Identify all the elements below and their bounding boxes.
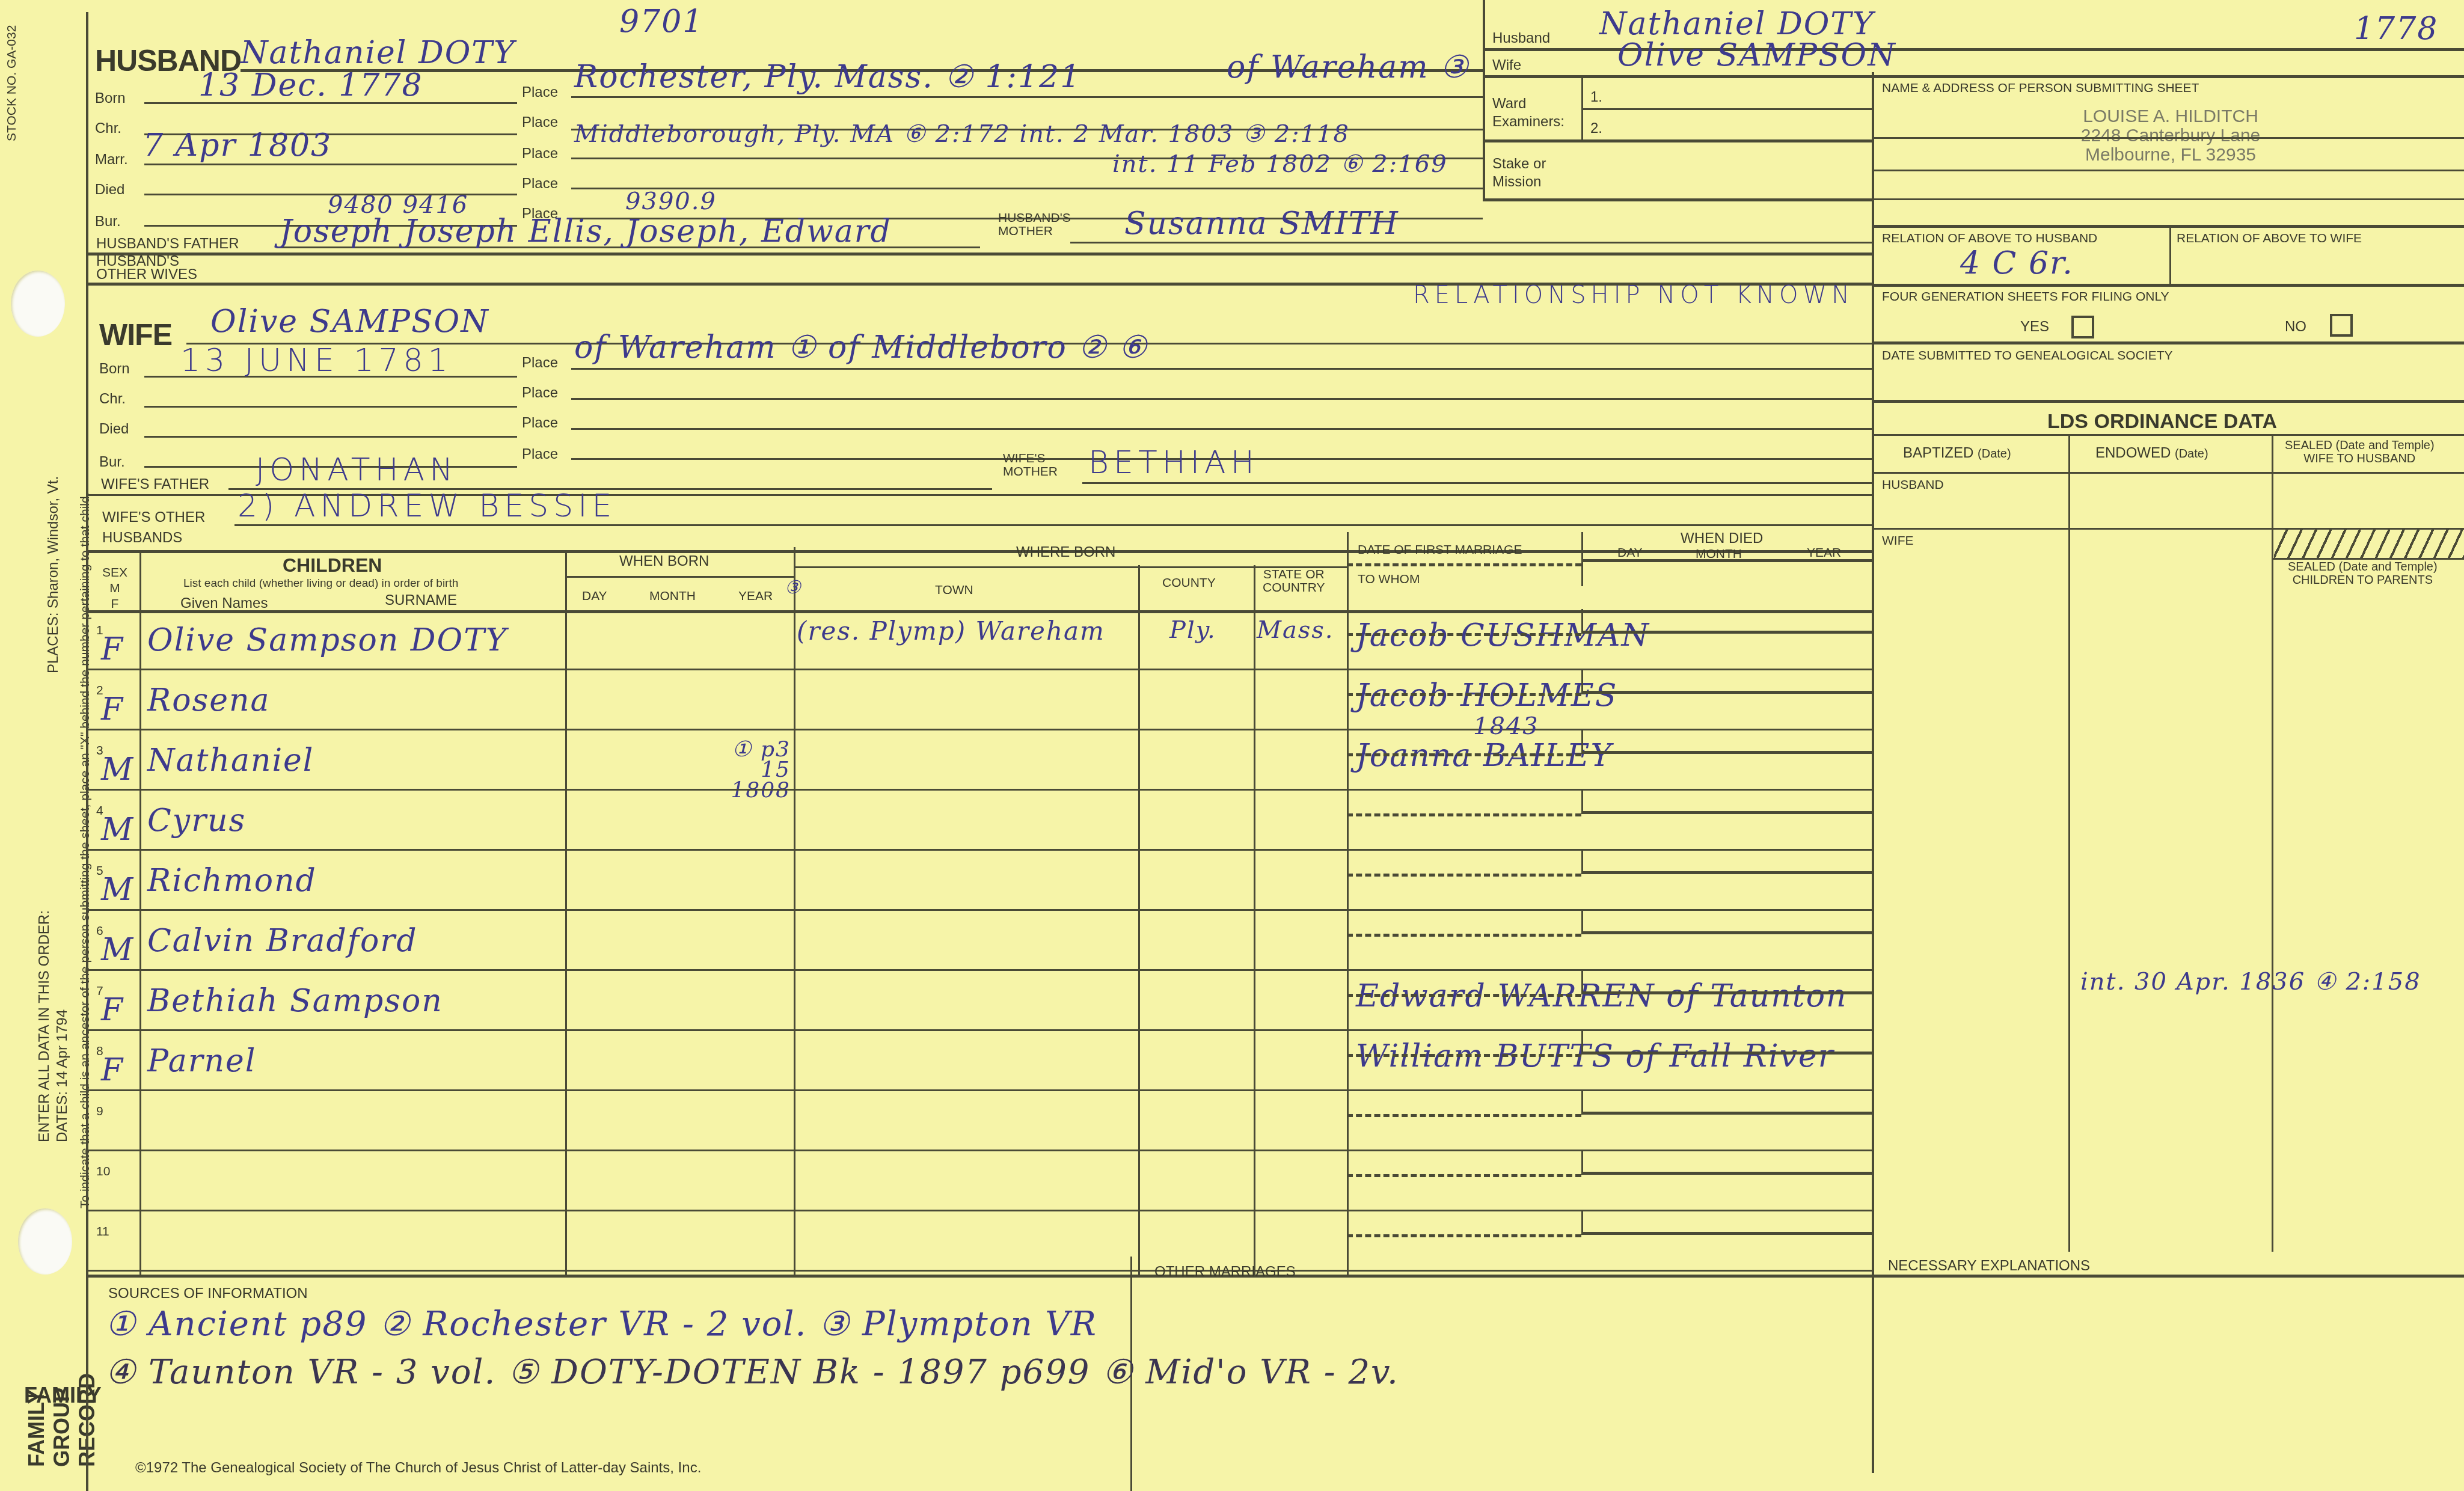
label-line: WIFE'S [1003, 452, 1058, 465]
label-relation-wife: RELATION OF ABOVE TO WIFE [2177, 231, 2362, 246]
lds-row-husband: HUSBAND [1882, 478, 1944, 492]
header-day: DAY [582, 589, 607, 604]
label-place: Place [522, 114, 558, 131]
label-place: Place [522, 355, 558, 372]
child-sex[interactable]: M [101, 752, 134, 788]
rule [1872, 472, 2464, 474]
rule [144, 436, 517, 438]
child-sex[interactable]: F [101, 691, 124, 727]
rule [1082, 482, 1872, 484]
rule [1254, 565, 1255, 1278]
rule [1581, 970, 1583, 994]
rule [1581, 789, 1583, 813]
frame-right-panel [1872, 72, 1874, 1473]
rule [86, 729, 1872, 730]
no-checkbox[interactable] [2330, 314, 2353, 337]
child-row-number: 10 [96, 1165, 110, 1179]
relation-husband-value: 4 C 6r. [1960, 245, 2074, 281]
rule [1483, 139, 1872, 142]
stock-number: STOCK NO. GA-032 [5, 25, 19, 141]
header-month: MONTH [649, 589, 696, 604]
husband-mother-ref: 9390.9 [625, 188, 717, 215]
label-line: SEX [102, 565, 127, 581]
copyright: ©1972 The Genealogical Society of The Ch… [135, 1460, 701, 1477]
label-line: SEALED (Date and Temple) [2288, 560, 2438, 574]
endowed-label: ENDOWED [2095, 445, 2171, 461]
label-yes: YES [2020, 319, 2049, 335]
hatched-area [2274, 529, 2464, 558]
header-children-note: List each child (whether living or dead)… [183, 577, 458, 590]
label-chr: Chr. [95, 120, 121, 137]
rule [1581, 910, 1583, 934]
punch-hole-bottom [18, 1208, 72, 1275]
header-where-born: WHERE BORN [1016, 544, 1115, 561]
lds-sealed-wife-husband-header: SEALED (Date and Temple) WIFE TO HUSBAND [2285, 439, 2435, 465]
label-four-generation: FOUR GENERATION SHEETS FOR FILING ONLY [1882, 290, 2169, 304]
child-name[interactable]: Olive Sampson DOTY [147, 622, 507, 658]
rule [1581, 751, 1872, 754]
lds-title: LDS ORDINANCE DATA [2047, 410, 2277, 433]
label-wifes-father: WIFE'S FATHER [101, 476, 209, 493]
rule [86, 1029, 1872, 1031]
rule [1581, 1112, 1872, 1115]
child-birth-county[interactable]: Ply. [1169, 616, 1216, 644]
wife-born-place: of Wareham ① of Middleboro ② ⑥ [574, 329, 1148, 366]
rule [565, 550, 567, 1278]
rule [1581, 1090, 1583, 1114]
label-died: Died [99, 421, 129, 438]
header-died-day: DAY [1617, 546, 1643, 560]
label-husbands-father: HUSBAND'S FATHER [96, 236, 239, 253]
rule [1581, 631, 1872, 634]
sources-line-1: ① Ancient p89 ② Rochester VR - 2 vol. ③ … [105, 1305, 1097, 1344]
dashed-rule [1347, 934, 1581, 937]
label-wife-summary: Wife [1492, 57, 1521, 74]
label-place: Place [522, 145, 558, 162]
label-line: MOTHER [998, 225, 1071, 238]
header-first-marriage: DATE OF FIRST MARRIAGE [1358, 543, 1522, 557]
submitter-name: LOUISE A. HILDITCH [2044, 107, 2297, 126]
instructions-dates: DATES: 14 Apr 1794 [54, 1009, 71, 1142]
label-line: COUNTRY [1263, 581, 1325, 595]
sources-line-2: ④ Taunton VR - 3 vol. ⑤ DOTY-DOTEN Bk - … [105, 1353, 1399, 1392]
label-line: CHILDREN TO PARENTS [2288, 574, 2438, 587]
rule [86, 669, 1872, 670]
rule [2169, 225, 2171, 285]
rule [86, 969, 1872, 971]
rule [1872, 341, 2464, 344]
header-town: TOWN [935, 583, 973, 598]
dashed-rule [1347, 1234, 1581, 1237]
child-name[interactable]: Nathaniel [147, 742, 314, 779]
rule [2272, 434, 2273, 1252]
label-place: Place [522, 385, 558, 402]
rule [1872, 434, 2464, 436]
form-title-group: GROUP [49, 1388, 75, 1467]
label-place: Place [522, 415, 558, 432]
examiner-1[interactable]: 1. [1590, 89, 1602, 106]
header-when-died: WHEN DIED [1681, 530, 1763, 547]
rule [1581, 1030, 1583, 1054]
husband-marr-date: 7 Apr 1803 [143, 127, 332, 164]
date-hint: (Date) [1978, 447, 2011, 461]
lds-sealed-children-header: SEALED (Date and Temple) CHILDREN TO PAR… [2288, 560, 2438, 587]
child-row-number: 9 [96, 1104, 103, 1119]
rule [144, 406, 517, 408]
rule [86, 1150, 1872, 1151]
rule [139, 550, 141, 1278]
rule [1581, 691, 1872, 694]
husband-name: Nathaniel DOTY [241, 35, 515, 71]
rule [86, 253, 1872, 256]
husband-mother-name: Susanna SMITH [1124, 206, 1399, 242]
rule [1581, 1150, 1583, 1174]
husband-born-date: 13 Dec. 1778 [198, 67, 423, 103]
rule [1581, 931, 1872, 934]
label-husbands-mother: HUSBAND'S MOTHER [998, 212, 1071, 238]
rule [571, 368, 1872, 370]
header-year: YEAR [738, 589, 773, 604]
rule [86, 909, 1872, 911]
child-name[interactable]: Richmond [147, 863, 317, 899]
rule [1138, 565, 1140, 1278]
child-sex[interactable]: F [101, 992, 124, 1028]
husband-summary-year: 1778 [2354, 11, 2438, 47]
rule [1581, 559, 1872, 562]
date-hint: (Date) [2175, 447, 2208, 461]
label-line: Stake or [1492, 155, 1546, 173]
husband-father-name: Joseph Joseph Ellis, Joseph, Edward [280, 213, 892, 250]
husband-born-place-note: of Wareham ③ [1227, 49, 1470, 85]
rule [1581, 1210, 1583, 1234]
rule [86, 789, 1872, 791]
label-other-marriages: OTHER MARRIAGES [1154, 1264, 1296, 1281]
rule [2272, 558, 2464, 560]
label-submitter: NAME & ADDRESS OF PERSON SUBMITTING SHEE… [1882, 81, 2199, 96]
label-line: HUSBANDS [102, 528, 205, 548]
rule [86, 1210, 1872, 1211]
rule [1581, 1172, 1872, 1175]
header-to-whom: TO WHOM [1358, 572, 1420, 587]
rule [1581, 871, 1872, 874]
lds-row-wife: WIFE [1882, 534, 1914, 548]
label-place: Place [522, 446, 558, 463]
child-name[interactable]: Bethiah Sampson [147, 983, 443, 1019]
label-line: STATE OR [1263, 568, 1325, 581]
rule [1872, 284, 2464, 287]
label-place: Place [522, 84, 558, 101]
dashed-rule [1347, 994, 1581, 997]
label-line: HUSBAND'S [998, 212, 1071, 225]
label-wifes-mother: WIFE'S MOTHER [1003, 452, 1058, 479]
header-children: CHILDREN [283, 554, 382, 577]
label-sources: SOURCES OF INFORMATION [108, 1285, 308, 1302]
dashed-rule [1347, 563, 1581, 566]
frame-right-of-husband [1483, 0, 1485, 201]
wife-summary-value: Olive SAMPSON [1617, 37, 1896, 73]
child-sex[interactable]: F [101, 1052, 124, 1088]
label-necessary-explanations: NECESSARY EXPLANATIONS [1888, 1258, 2090, 1275]
dashed-rule [1347, 813, 1581, 816]
child-sex[interactable]: F [101, 631, 124, 667]
label-died: Died [95, 182, 124, 198]
child-name[interactable]: Cyrus [147, 803, 246, 839]
rule [571, 398, 1872, 400]
baptized-label: BAPTIZED [1903, 445, 1973, 461]
dashed-rule [1347, 874, 1581, 877]
dashed-rule [1347, 1114, 1581, 1117]
child-sex[interactable]: M [101, 812, 134, 848]
submitter-street: 2248 Canterbury Lane [2044, 126, 2297, 145]
wife-name: Olive SAMPSON [210, 304, 489, 340]
label-date-submitted: DATE SUBMITTED TO GENEALOGICAL SOCIETY [1882, 349, 2172, 363]
husband-born-place: Rochester, Ply. Mass. ② 1:121 [574, 59, 1081, 95]
rule [571, 96, 1483, 98]
yes-checkbox[interactable] [2071, 316, 2094, 338]
child-sex[interactable]: M [101, 872, 134, 908]
lds-endowed-header: ENDOWED (Date) [2095, 445, 2208, 462]
wife-father-name: JONATHAN [256, 452, 458, 488]
dashed-rule [1347, 693, 1581, 696]
label-line: M [102, 581, 127, 596]
label-wifes-other-husbands: WIFE'S OTHER HUSBANDS [102, 507, 205, 548]
label-line: WIFE'S OTHER [102, 507, 205, 528]
child-birth-year[interactable]: ① p3 15 1808 [719, 739, 791, 801]
label-line: Mission [1492, 173, 1546, 191]
label-no: NO [2285, 319, 2306, 335]
rule [86, 849, 1872, 851]
label-bur: Bur. [95, 213, 121, 230]
child-name[interactable]: Calvin Bradford [147, 923, 418, 959]
dashed-rule [1347, 1174, 1581, 1177]
rule [1872, 225, 2464, 228]
frame-left [86, 12, 88, 1491]
header-sex: SEX M F [102, 565, 127, 612]
label-line: Ward [1492, 95, 1565, 113]
rule [571, 428, 1872, 430]
rule [1581, 1052, 1872, 1055]
instructions-places: PLACES: Sharon, Windsor, Vt. [45, 476, 62, 673]
rule [1581, 108, 1872, 110]
dashed-rule [1347, 1054, 1581, 1057]
label-line: MOTHER [1003, 465, 1058, 479]
rule [1581, 811, 1872, 814]
examiner-2[interactable]: 2. [1590, 120, 1602, 137]
rule [86, 1089, 1872, 1091]
rule [1581, 609, 1583, 633]
rule [1872, 198, 2464, 200]
rule [794, 547, 795, 1278]
header-state: STATE OR COUNTRY [1263, 568, 1325, 595]
rule [2068, 434, 2070, 1252]
rule [1581, 1232, 1872, 1235]
rule [1581, 729, 1583, 753]
wife-other-husbands: 2) ANDREW BESSIE [238, 488, 616, 524]
child-death[interactable]: int. 30 Apr. 1836 ④ 2:158 [2080, 968, 2421, 996]
rule [1872, 400, 2464, 403]
rule [1581, 991, 1872, 994]
header-died-year: YEAR [1807, 546, 1841, 560]
husband-summary-value: Nathaniel DOTY [1599, 6, 1874, 42]
child-name[interactable]: Parnel [147, 1043, 256, 1079]
label-born: Born [95, 90, 126, 107]
label-husband-summary: Husband [1492, 30, 1550, 47]
header-county: COUNTY [1162, 576, 1216, 590]
husband-ref-number: 9701 [619, 4, 703, 40]
submitter-city: Melbourne, FL 32935 [2044, 145, 2297, 165]
form-title-family: FAMILY [24, 1389, 49, 1467]
rule [234, 524, 1872, 526]
wife-heading: WIFE [99, 317, 172, 352]
rule [565, 576, 794, 578]
rule [1872, 170, 2464, 171]
label-marr: Marr. [95, 152, 128, 168]
label-line: OTHER WIVES [96, 268, 197, 281]
label-place: Place [522, 176, 558, 192]
child-row-number: 11 [96, 1225, 109, 1239]
label-husbands-other-wives: HUSBAND'S OTHER WIVES [96, 255, 197, 281]
header-surname: SURNAME [385, 592, 457, 609]
rule [1581, 850, 1583, 874]
label-relation-husband: RELATION OF ABOVE TO HUSBAND [1882, 231, 2097, 246]
husband-marr-place: Middleborough, Ply. MA ⑥ 2:172 int. 2 Ma… [574, 120, 1350, 148]
rule [86, 550, 1872, 553]
child-sex[interactable]: M [101, 932, 134, 968]
label-ward-examiners: Ward Examiners: [1492, 95, 1565, 131]
rule [86, 1270, 1872, 1272]
child-name[interactable]: Rosena [147, 682, 270, 718]
label-bur: Bur. [99, 454, 125, 471]
husband-marr-place-2: int. 11 Feb 1802 ⑥ 2:169 [1112, 150, 1448, 178]
punch-hole-top [11, 271, 65, 337]
lds-baptized-header: BAPTIZED (Date) [1903, 445, 2011, 462]
child-birth-town[interactable]: (res. Plymp) Wareham [797, 616, 1105, 646]
child-birth-state[interactable]: Mass. [1257, 616, 1334, 644]
label-line: SEALED (Date and Temple) [2285, 439, 2435, 452]
header-when-born: WHEN BORN [619, 553, 709, 570]
rule [144, 164, 517, 165]
submitter-stamp: LOUISE A. HILDITCH 2248 Canterbury Lane … [2044, 107, 2297, 165]
label-chr: Chr. [99, 391, 126, 408]
label-born: Born [99, 361, 130, 378]
rule [1581, 669, 1583, 693]
rule [1483, 198, 1872, 201]
header-given-names: Given Names [180, 595, 268, 612]
instructions-order: ENTER ALL DATA IN THIS ORDER: [36, 910, 53, 1142]
rule [86, 610, 1872, 613]
header-source-mark: ③ [785, 577, 802, 598]
dashed-rule [1347, 633, 1581, 636]
rule [1070, 242, 1872, 243]
rule [1483, 75, 2464, 78]
rule [1347, 532, 1349, 1278]
child-marriage-date[interactable]: 1843 [1473, 712, 1539, 740]
wife-relationship-note: RELATIONSHIP NOT KNOWN [1413, 281, 1854, 309]
wife-born-date: 13 JUNE 1781 [180, 343, 453, 379]
label-stake-mission: Stake or Mission [1492, 155, 1546, 191]
rule [1872, 137, 2464, 139]
label-line: Examiners: [1492, 113, 1565, 131]
wife-mother-name: BETHIAH [1088, 445, 1259, 481]
label-line: WIFE TO HUSBAND [2285, 452, 2435, 465]
dashed-rule [1347, 753, 1581, 756]
